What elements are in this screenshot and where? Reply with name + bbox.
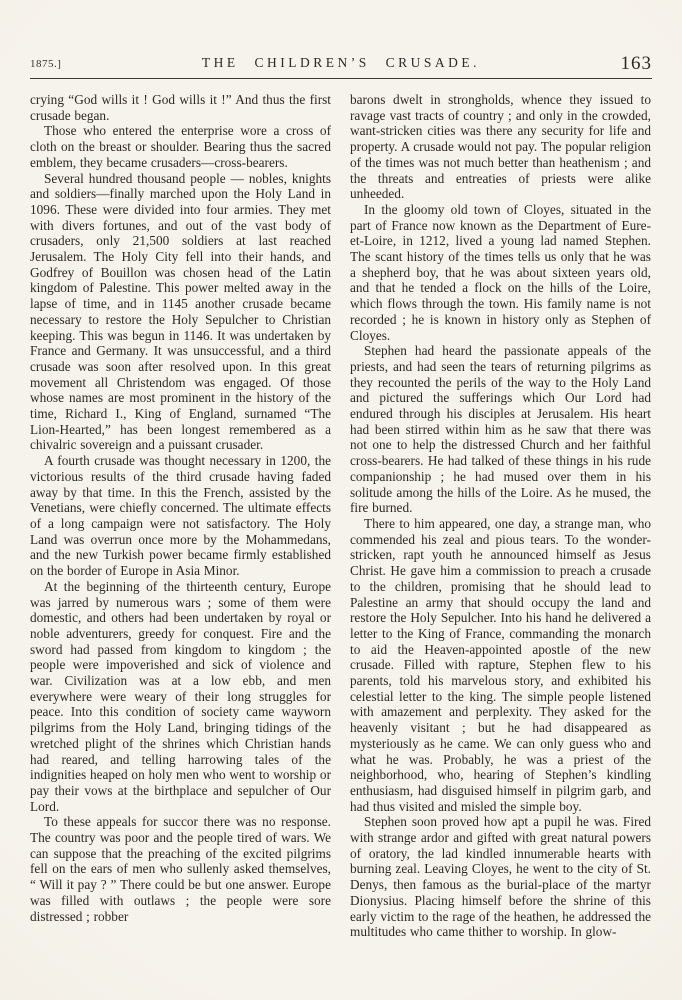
scanned-book-page: 1875.] THE CHILDREN’S CRUSADE. 163 cryin…	[0, 0, 682, 1000]
paragraph: A fourth crusade was thought necessary i…	[30, 453, 331, 579]
left-column: crying “God wills it ! God wills it !” A…	[30, 92, 331, 940]
paragraph: At the beginning of the thirteenth centu…	[30, 579, 331, 815]
header-rule	[30, 78, 652, 79]
paragraph: Stephen had heard the passionate appeals…	[350, 343, 651, 516]
running-head: 1875.] THE CHILDREN’S CRUSADE. 163	[30, 48, 652, 72]
paragraph: In the gloomy old town of Cloyes, situat…	[350, 202, 651, 343]
paragraph: Several hundred thousand people — nobles…	[30, 171, 331, 454]
paragraph: Stephen soon proved how apt a pupil he w…	[350, 814, 651, 940]
page-number: 163	[621, 53, 653, 75]
article-body: crying “God wills it ! God wills it !” A…	[30, 92, 652, 940]
paragraph: barons dwelt in strongholds, whence they…	[350, 92, 651, 202]
article-title: THE CHILDREN’S CRUSADE.	[30, 55, 652, 71]
paragraph: Those who entered the enterprise wore a …	[30, 123, 331, 170]
paragraph: There to him appeared, one day, a strang…	[350, 516, 651, 814]
paragraph: To these appeals for succor there was no…	[30, 814, 331, 924]
right-column: barons dwelt in strongholds, whence they…	[350, 92, 651, 940]
paragraph: crying “God wills it ! God wills it !” A…	[30, 92, 331, 123]
